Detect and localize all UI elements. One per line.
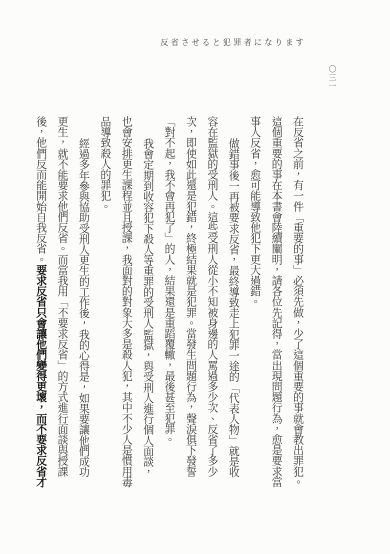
- column-text: 品導致殺人的罪犯。: [99, 116, 111, 211]
- text-column: 事人反省，愈可能導致他犯下更大過錯。: [244, 116, 265, 496]
- text-column: 也會安排更生課程並且授課，我面對的對象大多是殺人犯，其中不少人是慣用毒: [115, 116, 136, 496]
- text-column: 次，即使如此還是犯錯，終極結果就是犯罪。當發生問題行為，聲淚俱下發誓: [180, 116, 201, 496]
- text-column: 在反省之前，有一件「重要的事」必須先做，少了這個重要的事就會教出罪犯。: [287, 116, 308, 496]
- column-text: 後，他們反而能開始自我反省。: [35, 116, 47, 264]
- column-text: 容在監獄的受刑人。這些受刑人從小不知被身邊的人罵過多少次、反省了多少: [206, 116, 218, 476]
- text-column: 「對不起，我不會再犯了」的人，結果還是重蹈覆轍，最後甚至犯罪。: [158, 116, 179, 496]
- emphasized-text: 要求反省只會讓他們變得更壞，而不要求反省才: [35, 264, 47, 487]
- column-text: 也會安排更生課程並且授課，我面對的對象大多是殺人犯，其中不少人是慣用毒: [121, 116, 133, 487]
- column-text: 「對不起，我不會再犯了」的人，結果還是重蹈覆轍，最後甚至犯罪。: [164, 116, 176, 445]
- column-text: 次，即使如此還是犯錯，終極結果就是犯罪。當發生問題行為，聲淚俱下發誓: [185, 116, 197, 476]
- text-column: 我會定期到收容犯下殺人等重罪的受刑人監獄，與受刑人進行個人面談，: [137, 116, 158, 496]
- text-column: 經過多年參與協助受刑人更生的工作後，我的心得是，如果要讓他們成功: [73, 116, 94, 496]
- text-column: 容在監獄的受刑人。這些受刑人從小不知被身邊的人罵過多少次、反省了多少: [201, 116, 222, 496]
- text-column: 品導致殺人的罪犯。: [94, 116, 115, 496]
- column-text: 在反省之前，有一件「重要的事」必須先做，少了這個重要的事就會教出罪犯。: [292, 116, 304, 487]
- column-text: 我會定期到收容犯下殺人等重罪的受刑人監獄，與受刑人進行個人面談，: [142, 138, 154, 477]
- text-column: 更生，就不能要求他們反省。而當我用「不要求反省」的方式進行面談與授課: [51, 116, 72, 496]
- column-text: 做錯事後一再被要求反省，最終導致走上犯罪一途的「代表人物」就是收: [228, 138, 240, 477]
- text-column: 後，他們反而能開始自我反省。要求反省只會讓他們變得更壞，而不要求反省才: [30, 116, 51, 496]
- text-block: 在反省之前，有一件「重要的事」必須先做，少了這個重要的事就會教出罪犯。 這個重要…: [30, 116, 308, 496]
- column-text: 事人反省，愈可能導致他犯下更大過錯。: [249, 116, 261, 307]
- page-number: 〇三一: [327, 65, 338, 91]
- text-column: 做錯事後一再被要求反省，最終導致走上犯罪一途的「代表人物」就是收: [222, 116, 243, 496]
- running-header: 反省させると犯罪者になります: [160, 37, 306, 48]
- book-page: 反省させると犯罪者になります 〇三一 在反省之前，有一件「重要的事」必須先做，少…: [0, 0, 390, 554]
- column-text: 這個重要的事在本書會陸續闡明，請各位先記得，當出現問題行為，愈是要求當: [271, 116, 283, 487]
- text-column: 這個重要的事在本書會陸續闡明，請各位先記得，當出現問題行為，愈是要求當: [265, 116, 286, 496]
- column-text: 經過多年參與協助受刑人更生的工作後，我的心得是，如果要讓他們成功: [78, 138, 90, 477]
- column-text: 更生，就不能要求他們反省。而當我用「不要求反省」的方式進行面談與授課: [57, 116, 69, 476]
